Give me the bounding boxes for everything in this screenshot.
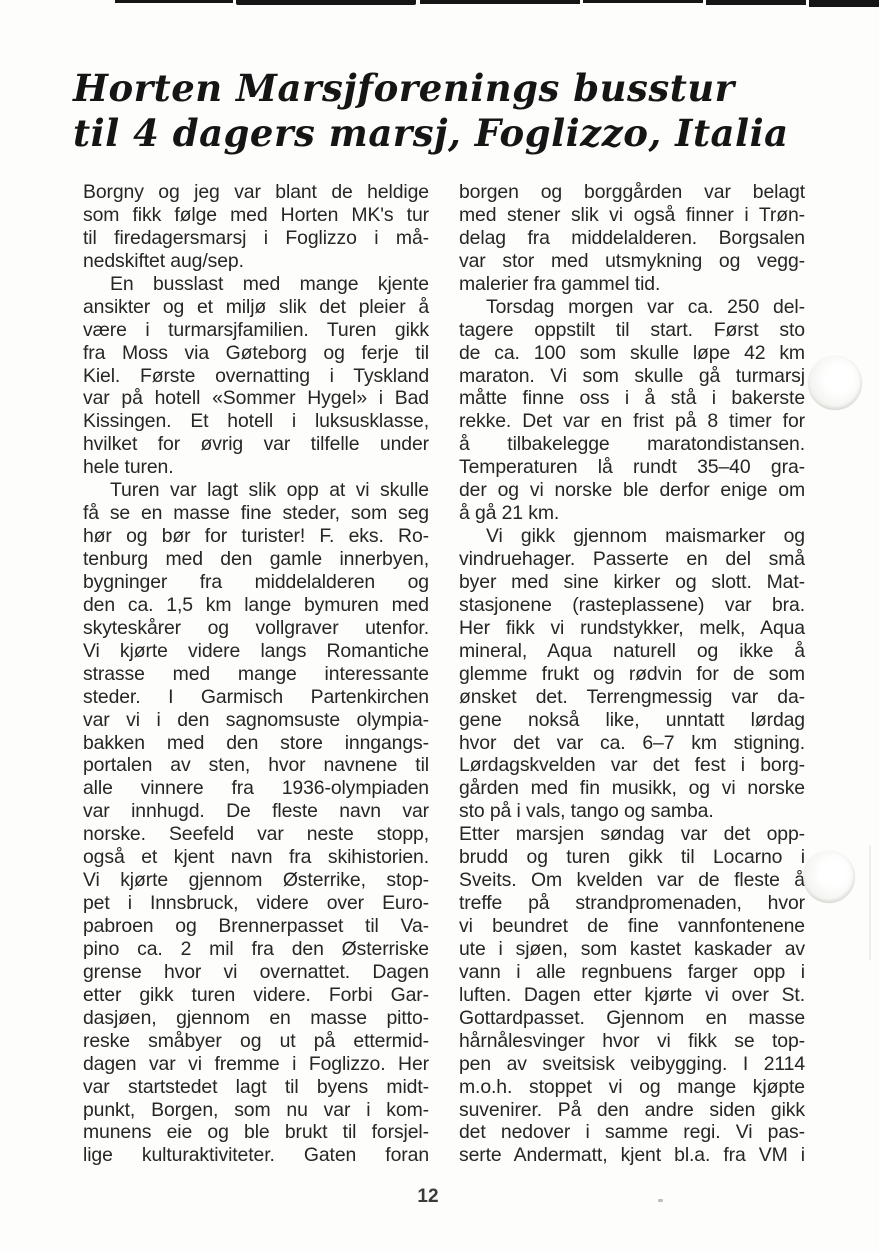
text-line: fra Moss via Gøteborg og ferje til	[83, 342, 429, 365]
page-number: 12	[405, 1186, 451, 1208]
scan-artifact-edge	[869, 845, 871, 960]
text-line: som fikk følge med Horten MK's tur	[83, 204, 429, 227]
text-line: Borgny og jeg var blant de heldige	[83, 181, 429, 204]
text-line: vann i alle regnbuens farger opp i	[459, 961, 805, 984]
scanned-page: Horten Marsjforenings busstur til 4 dage…	[0, 0, 879, 1251]
text-line: steder. I Garmisch Partenkirchen	[83, 686, 429, 709]
text-line: reske småbyer og ut på ettermid-	[83, 1030, 429, 1053]
text-line: skyteskårer og vollgraver utenfor.	[83, 617, 429, 640]
text-line: Torsdag morgen var ca. 250 del-	[459, 296, 805, 319]
text-line: munens eie og ble brukt til forsjel-	[83, 1121, 429, 1144]
text-line: dasjøen, gjennom en masse pitto-	[83, 1007, 429, 1030]
text-line: grense hvor vi overnattet. Dagen	[83, 961, 429, 984]
scan-artifact-top	[706, 0, 806, 5]
text-line: brudd og turen gikk til Locarno i	[459, 846, 805, 869]
text-line: Vi kjørte gjennom Østerrike, stop-	[83, 869, 429, 892]
article-title-line2: til 4 dagers marsj, Foglizzo, Italia	[73, 111, 813, 156]
text-line: Etter marsjen søndag var det opp-	[459, 823, 805, 846]
text-line: treffe på strandpromenaden, hvor	[459, 892, 805, 915]
text-line: portalen av sten, hvor navnene til	[83, 754, 429, 777]
text-line: ønsket det. Terrengmessig var da-	[459, 686, 805, 709]
text-line: Turen var lagt slik opp at vi skulle	[83, 479, 429, 502]
text-line: hør og bør for turister! F. eks. Ro-	[83, 525, 429, 548]
text-line: vi beundret de fine vannfontenene	[459, 915, 805, 938]
text-line: Gottardpasset. Gjennom en masse	[459, 1007, 805, 1030]
text-line: borgen og borggården var belagt	[459, 181, 805, 204]
scan-artifact-top	[115, 0, 233, 3]
text-line: bygninger fra middelalderen og	[83, 571, 429, 594]
text-line: å tilbakelegge maratondistansen.	[459, 433, 805, 456]
text-line: Kissingen. Et hotell i luksusklasse,	[83, 410, 429, 433]
text-line: serte Andermatt, kjent bl.a. fra VM i	[459, 1144, 805, 1167]
text-line: der og vi norske ble derfor enige om	[459, 479, 805, 502]
text-line: alle vinnere fra 1936-olympiaden	[83, 777, 429, 800]
text-line: etter gikk turen videre. Forbi Gar-	[83, 984, 429, 1007]
text-line: være i turmarsjfamilien. Turen gikk	[83, 319, 429, 342]
text-line: pet i Innsbruck, videre over Euro-	[83, 892, 429, 915]
text-line: Lørdagskvelden var det fest i borg-	[459, 754, 805, 777]
text-line: mineral, Aqua naturell og ikke å	[459, 640, 805, 663]
scan-artifact-speck	[658, 1199, 663, 1202]
text-line: punkt, Borgen, som nu var i kom-	[83, 1099, 429, 1122]
text-line: bakken med den store inngangs-	[83, 732, 429, 755]
text-line: gården med fin musikk, og vi norske	[459, 777, 805, 800]
text-line: dagen var vi fremme i Foglizzo. Her	[83, 1053, 429, 1076]
text-line: pen av sveitsisk veibygging. I 2114	[459, 1053, 805, 1076]
text-line: rekke. Det var en frist på 8 timer for	[459, 410, 805, 433]
text-line: det nedover i samme regi. Vi pas-	[459, 1121, 805, 1144]
text-line: pino ca. 2 mil fra den Østerriske	[83, 938, 429, 961]
text-line: vindruehager. Passerte en del små	[459, 548, 805, 571]
article-body: Borgny og jeg var blant de heldigesom fi…	[83, 181, 805, 1167]
text-line: med stener slik vi også finner i Trøn-	[459, 204, 805, 227]
text-line: maraton. Vi som skulle gå turmarsj	[459, 365, 805, 388]
text-line: Temperaturen lå rundt 35–40 gra-	[459, 456, 805, 479]
text-line: glemme frukt og rødvin for de som	[459, 663, 805, 686]
text-line: hvor det var ca. 6–7 km stigning.	[459, 732, 805, 755]
text-line: nedskiftet aug/sep.	[83, 250, 429, 273]
text-line: Sveits. Om kvelden var de fleste å	[459, 869, 805, 892]
text-line: ansikter og et miljø slik det pleier å	[83, 296, 429, 319]
text-line: pabroen og Brennerpasset til Va-	[83, 915, 429, 938]
hole-punch-top	[808, 356, 862, 410]
text-line: delag fra middelalderen. Borgsalen	[459, 227, 805, 250]
text-line: var på hotell «Sommer Hygel» i Bad	[83, 387, 429, 410]
text-line: Vi kjørte videre langs Romantiche	[83, 640, 429, 663]
text-line: var startstedet lagt til byens midt-	[83, 1076, 429, 1099]
text-line: Kiel. Første overnatting i Tyskland	[83, 365, 429, 388]
text-line: byer med sine kirker og slott. Mat-	[459, 571, 805, 594]
scan-artifact-top	[420, 0, 580, 4]
text-line: å gå 21 km.	[459, 502, 805, 525]
hole-punch-bottom	[803, 851, 855, 903]
text-line: også et kjent navn fra skihistorien.	[83, 846, 429, 869]
text-line: Her fikk vi rundstykker, melk, Aqua	[459, 617, 805, 640]
text-line: var vi i den sagnomsuste olympia-	[83, 709, 429, 732]
article-column-right: borgen og borggården var belagtmed stene…	[459, 181, 805, 1167]
text-line: gene nokså like, unntatt lørdag	[459, 709, 805, 732]
text-line: til firedagersmarsj i Foglizzo i må-	[83, 227, 429, 250]
scan-artifact-top	[236, 0, 416, 5]
scan-artifact-top	[809, 0, 879, 7]
text-line: suvenirer. På den andre siden gikk	[459, 1099, 805, 1122]
text-line: lige kulturaktiviteter. Gaten foran	[83, 1144, 429, 1167]
text-line: norske. Seefeld var neste stopp,	[83, 823, 429, 846]
scan-artifact-top	[583, 0, 703, 3]
article-title: Horten Marsjforenings busstur til 4 dage…	[73, 66, 813, 156]
text-line: var stor med utsmykning og vegg-	[459, 250, 805, 273]
text-line: stasjonene (rasteplassene) var bra.	[459, 594, 805, 617]
text-line: strasse med mange interessante	[83, 663, 429, 686]
text-line: En busslast med mange kjente	[83, 273, 429, 296]
text-line: sto på i vals, tango og samba.	[459, 800, 805, 823]
text-line: de ca. 100 som skulle løpe 42 km	[459, 342, 805, 365]
text-line: ute i sjøen, som kastet kaskader av	[459, 938, 805, 961]
text-line: få se en masse fine steder, som seg	[83, 502, 429, 525]
text-line: hvilket for øvrig var tilfelle under	[83, 433, 429, 456]
text-line: hårnålesvinger hvor vi fikk se top-	[459, 1030, 805, 1053]
text-line: m.o.h. stoppet vi og mange kjøpte	[459, 1076, 805, 1099]
article-column-left: Borgny og jeg var blant de heldigesom fi…	[83, 181, 429, 1167]
text-line: var innhugd. De fleste navn var	[83, 800, 429, 823]
text-line: luften. Dagen etter kjørte vi over St.	[459, 984, 805, 1007]
text-line: malerier fra gammel tid.	[459, 273, 805, 296]
text-line: måtte finne oss i å stå i bakerste	[459, 387, 805, 410]
text-line: den ca. 1,5 km lange bymuren med	[83, 594, 429, 617]
text-line: tenburg med den gamle innerbyen,	[83, 548, 429, 571]
text-line: hele turen.	[83, 456, 429, 479]
text-line: tagere oppstilt til start. Først sto	[459, 319, 805, 342]
article-title-line1: Horten Marsjforenings busstur	[73, 66, 813, 111]
text-line: Vi gikk gjennom maismarker og	[459, 525, 805, 548]
